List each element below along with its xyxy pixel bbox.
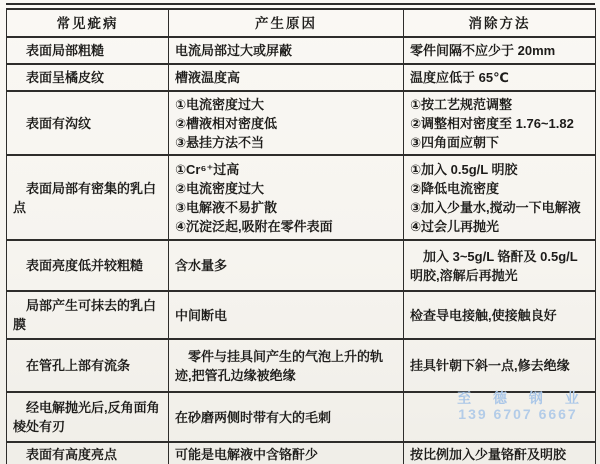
cause-cell: 可能是电解液中含铬酐少 — [169, 442, 404, 464]
remedy-cell-text: ④过会儿再抛光 — [410, 217, 589, 236]
header-cause: 产生原因 — [169, 9, 404, 37]
cause-cell-text: ①电流密度过大 — [175, 95, 397, 114]
defect-cell-text: 局部产生可抹去的乳白膜 — [13, 296, 162, 334]
defect-cell: 表面有高度亮点 — [7, 442, 169, 464]
scanned-document-page: 常见疵病 产生原因 消除方法 表面局部粗糙电流局部过大或屏蔽零件间隔不应少于 2… — [0, 0, 600, 464]
header-remedy: 消除方法 — [404, 9, 596, 37]
remedy-cell-text: ①按工艺规范调整 — [410, 95, 589, 114]
defect-cell: 在管孔上部有流条 — [7, 339, 169, 392]
remedy-cell-text: 温度应低于 65℃ — [410, 68, 589, 87]
defect-cell-text: 表面呈橘皮纹 — [13, 68, 162, 87]
cause-cell-text: 可能是电解液中含铬酐少 — [175, 445, 397, 464]
table-row: 表面有高度亮点可能是电解液中含铬酐少按比例加入少量铬酐及明胶 — [7, 442, 596, 464]
table-row: 表面呈橘皮纹槽液温度高温度应低于 65℃ — [7, 64, 596, 91]
remedy-cell: ①按工艺规范调整②调整相对密度至 1.76~1.82③四角面应朝下 — [404, 91, 596, 155]
header-row: 常见疵病 产生原因 消除方法 — [7, 9, 596, 37]
remedy-cell-text: 检查导电接触,使接触良好 — [410, 306, 589, 325]
table-row: 表面局部粗糙电流局部过大或屏蔽零件间隔不应少于 20mm — [7, 37, 596, 64]
cause-cell-text: ②电流密度过大 — [175, 179, 397, 198]
cause-cell-text: ③电解液不易扩散 — [175, 198, 397, 217]
remedy-cell: 按比例加入少量铬酐及明胶 — [404, 442, 596, 464]
remedy-cell-text: ②调整相对密度至 1.76~1.82 — [410, 114, 589, 133]
defects-table: 常见疵病 产生原因 消除方法 表面局部粗糙电流局部过大或屏蔽零件间隔不应少于 2… — [6, 8, 596, 464]
defect-cell: 局部产生可抹去的乳白膜 — [7, 291, 169, 339]
defect-cell: 经电解抛光后,反角面角棱处有刃 — [7, 392, 169, 442]
cause-cell-text: ④沉淀泛起,吸附在零件表面 — [175, 217, 397, 236]
remedy-cell-text: ③加入少量水,搅动一下电解液 — [410, 198, 589, 217]
defect-cell-text: 表面亮度低并较粗糙 — [13, 256, 162, 275]
cause-cell-text: 槽液温度高 — [175, 68, 397, 87]
remedy-cell: 检查导电接触,使接触良好 — [404, 291, 596, 339]
cause-cell: 含水量多 — [169, 240, 404, 291]
cause-cell-text: ②槽液相对密度低 — [175, 114, 397, 133]
table-row: 经电解抛光后,反角面角棱处有刃在砂磨两侧时带有大的毛刺 — [7, 392, 596, 442]
defect-cell-text: 表面局部有密集的乳白点 — [13, 179, 162, 217]
cause-cell: ①Cr⁶⁺过高②电流密度过大③电解液不易扩散④沉淀泛起,吸附在零件表面 — [169, 155, 404, 240]
table-row: 表面有沟纹①电流密度过大②槽液相对密度低③悬挂方法不当①按工艺规范调整②调整相对… — [7, 91, 596, 155]
remedy-cell: 挂具针朝下斜一点,修去绝缘 — [404, 339, 596, 392]
header-defect: 常见疵病 — [7, 9, 169, 37]
table-body: 表面局部粗糙电流局部过大或屏蔽零件间隔不应少于 20mm表面呈橘皮纹槽液温度高温… — [7, 37, 596, 464]
table-row: 在管孔上部有流条零件与挂具间产生的气泡上升的轨迹,把管孔边缘被绝缘挂具针朝下斜一… — [7, 339, 596, 392]
remedy-cell-text: 按比例加入少量铬酐及明胶 — [410, 445, 589, 464]
defect-cell-text: 表面局部粗糙 — [13, 41, 162, 60]
defect-cell-text: 表面有高度亮点 — [13, 445, 162, 464]
table-row: 表面局部有密集的乳白点①Cr⁶⁺过高②电流密度过大③电解液不易扩散④沉淀泛起,吸… — [7, 155, 596, 240]
table-row: 表面亮度低并较粗糙含水量多加入 3~5g/L 铬酐及 0.5g/L 明胶,溶解后… — [7, 240, 596, 291]
defect-cell-text: 经电解抛光后,反角面角棱处有刃 — [13, 398, 162, 436]
remedy-cell-text: 零件间隔不应少于 20mm — [410, 41, 589, 60]
remedy-cell-text: 加入 3~5g/L 铬酐及 0.5g/L 明胶,溶解后再抛光 — [410, 247, 589, 285]
cause-cell-text: 在砂磨两侧时带有大的毛刺 — [175, 408, 397, 427]
defect-cell-text: 表面有沟纹 — [13, 114, 162, 133]
cause-cell-text: ①Cr⁶⁺过高 — [175, 160, 397, 179]
cause-cell: 中间断电 — [169, 291, 404, 339]
remedy-cell: 零件间隔不应少于 20mm — [404, 37, 596, 64]
remedy-cell — [404, 392, 596, 442]
remedy-cell-text: 挂具针朝下斜一点,修去绝缘 — [410, 356, 589, 375]
remedy-cell: 温度应低于 65℃ — [404, 64, 596, 91]
table-header: 常见疵病 产生原因 消除方法 — [7, 9, 596, 37]
defect-cell: 表面局部有密集的乳白点 — [7, 155, 169, 240]
remedy-cell-text: ③四角面应朝下 — [410, 133, 589, 152]
defect-cell: 表面局部粗糙 — [7, 37, 169, 64]
cause-cell-text: 零件与挂具间产生的气泡上升的轨迹,把管孔边缘被绝缘 — [175, 347, 397, 385]
defect-cell: 表面有沟纹 — [7, 91, 169, 155]
remedy-cell: 加入 3~5g/L 铬酐及 0.5g/L 明胶,溶解后再抛光 — [404, 240, 596, 291]
defect-cell: 表面亮度低并较粗糙 — [7, 240, 169, 291]
cause-cell-text: ③悬挂方法不当 — [175, 133, 397, 152]
cause-cell: 槽液温度高 — [169, 64, 404, 91]
cause-cell: 电流局部过大或屏蔽 — [169, 37, 404, 64]
remedy-cell: ①加入 0.5g/L 明胶②降低电流密度③加入少量水,搅动一下电解液④过会儿再抛… — [404, 155, 596, 240]
cause-cell-text: 含水量多 — [175, 256, 397, 275]
table-top-double-rule — [6, 3, 595, 5]
cause-cell: ①电流密度过大②槽液相对密度低③悬挂方法不当 — [169, 91, 404, 155]
cause-cell: 在砂磨两侧时带有大的毛刺 — [169, 392, 404, 442]
cause-cell-text: 中间断电 — [175, 306, 397, 325]
remedy-cell-text: ①加入 0.5g/L 明胶 — [410, 160, 589, 179]
defect-cell-text: 在管孔上部有流条 — [13, 356, 162, 375]
cause-cell: 零件与挂具间产生的气泡上升的轨迹,把管孔边缘被绝缘 — [169, 339, 404, 392]
defect-cell: 表面呈橘皮纹 — [7, 64, 169, 91]
remedy-cell-text: ②降低电流密度 — [410, 179, 589, 198]
table-row: 局部产生可抹去的乳白膜中间断电检查导电接触,使接触良好 — [7, 291, 596, 339]
cause-cell-text: 电流局部过大或屏蔽 — [175, 41, 397, 60]
